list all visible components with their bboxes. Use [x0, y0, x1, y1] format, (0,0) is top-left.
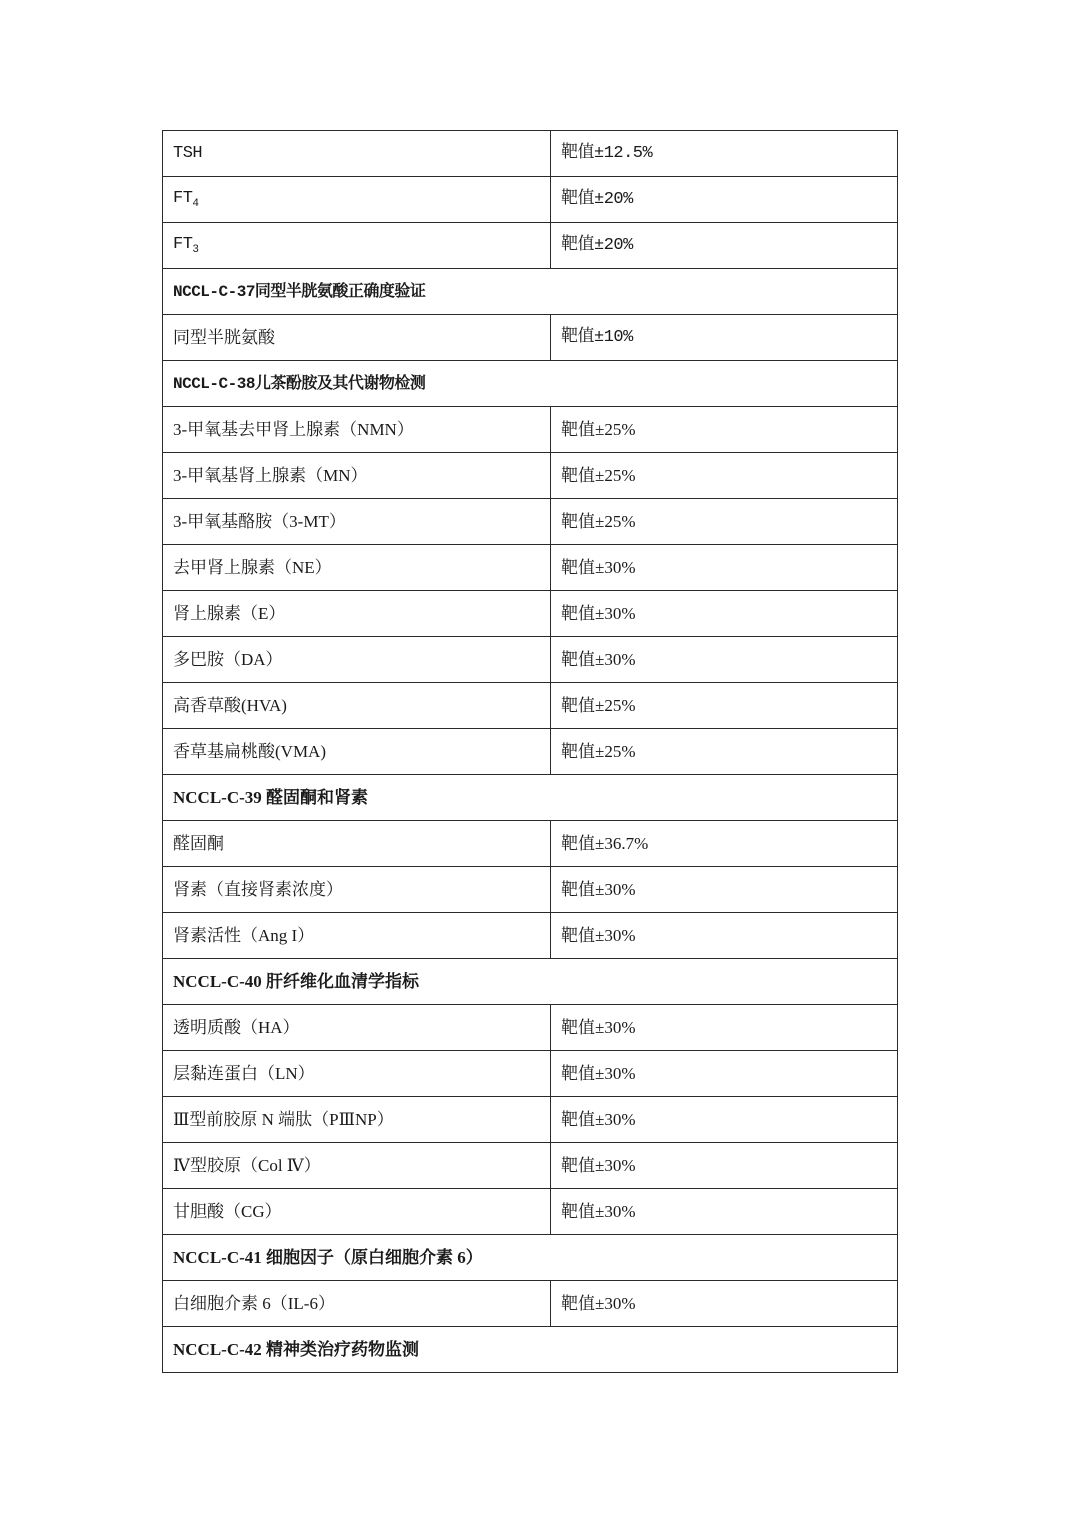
section-title: NCCL-C-41 细胞因子（原白细胞介素 6）	[163, 1235, 898, 1281]
section-header-row: NCCL-C-41 细胞因子（原白细胞介素 6）	[163, 1235, 898, 1281]
table-row: 透明质酸（HA） 靶值±30%	[163, 1005, 898, 1051]
table-row: 肾素活性（Ang I） 靶值±30%	[163, 913, 898, 959]
section-title: NCCL-C-37同型半胱氨酸正确度验证	[163, 269, 898, 315]
section-header-row: NCCL-C-39 醛固酮和肾素	[163, 775, 898, 821]
section-title: NCCL-C-42 精神类治疗药物监测	[163, 1327, 898, 1373]
analyte-name: 3-甲氧基肾上腺素（MN）	[163, 453, 551, 499]
acceptance-range: 靶值±20%	[551, 177, 898, 223]
table-row: 同型半胱氨酸 靶值±10%	[163, 315, 898, 361]
analyte-name: 香草基扁桃酸(VMA)	[163, 729, 551, 775]
acceptance-range: 靶值±30%	[551, 637, 898, 683]
acceptance-range: 靶值±12.5%	[551, 131, 898, 177]
section-header-row: NCCL-C-42 精神类治疗药物监测	[163, 1327, 898, 1373]
acceptance-range: 靶值±30%	[551, 591, 898, 637]
table-row: Ⅲ型前胶原 N 端肽（PⅢNP） 靶值±30%	[163, 1097, 898, 1143]
table-row: FT4 靶值±20%	[163, 177, 898, 223]
table-row: 肾素（直接肾素浓度） 靶值±30%	[163, 867, 898, 913]
acceptance-range: 靶值±30%	[551, 1281, 898, 1327]
analyte-name: 甘胆酸（CG）	[163, 1189, 551, 1235]
quality-criteria-table: TSH 靶值±12.5% FT4 靶值±20% FT3 靶值±20% NCCL-…	[162, 130, 898, 1373]
table-row: 3-甲氧基去甲肾上腺素（NMN） 靶值±25%	[163, 407, 898, 453]
table-row: 醛固酮 靶值±36.7%	[163, 821, 898, 867]
acceptance-range: 靶值±30%	[551, 1189, 898, 1235]
table-row: 甘胆酸（CG） 靶值±30%	[163, 1189, 898, 1235]
acceptance-range: 靶值±30%	[551, 1051, 898, 1097]
acceptance-range: 靶值±30%	[551, 1143, 898, 1189]
acceptance-range: 靶值±30%	[551, 1097, 898, 1143]
analyte-name: TSH	[163, 131, 551, 177]
table-row: 香草基扁桃酸(VMA) 靶值±25%	[163, 729, 898, 775]
subscript: 3	[192, 244, 198, 256]
table-row: 3-甲氧基酪胺（3-MT） 靶值±25%	[163, 499, 898, 545]
analyte-name: 层黏连蛋白（LN）	[163, 1051, 551, 1097]
acceptance-range: 靶值±25%	[551, 683, 898, 729]
acceptance-range: 靶值±30%	[551, 545, 898, 591]
section-title: NCCL-C-38儿茶酚胺及其代谢物检测	[163, 361, 898, 407]
analyte-name: 醛固酮	[163, 821, 551, 867]
section-title: NCCL-C-39 醛固酮和肾素	[163, 775, 898, 821]
table-row: Ⅳ型胶原（Col Ⅳ） 靶值±30%	[163, 1143, 898, 1189]
analyte-name: 肾素活性（Ang I）	[163, 913, 551, 959]
analyte-name: 同型半胱氨酸	[163, 315, 551, 361]
acceptance-range: 靶值±25%	[551, 729, 898, 775]
acceptance-range: 靶值±10%	[551, 315, 898, 361]
section-title: NCCL-C-40 肝纤维化血清学指标	[163, 959, 898, 1005]
analyte-name: 肾素（直接肾素浓度）	[163, 867, 551, 913]
analyte-name: 肾上腺素（E）	[163, 591, 551, 637]
acceptance-range: 靶值±30%	[551, 867, 898, 913]
acceptance-range: 靶值±20%	[551, 223, 898, 269]
analyte-name: 去甲肾上腺素（NE）	[163, 545, 551, 591]
table-body: TSH 靶值±12.5% FT4 靶值±20% FT3 靶值±20% NCCL-…	[163, 131, 898, 1373]
acceptance-range: 靶值±30%	[551, 1005, 898, 1051]
table-row: 去甲肾上腺素（NE） 靶值±30%	[163, 545, 898, 591]
table-row: 肾上腺素（E） 靶值±30%	[163, 591, 898, 637]
table-row: 层黏连蛋白（LN） 靶值±30%	[163, 1051, 898, 1097]
section-header-row: NCCL-C-38儿茶酚胺及其代谢物检测	[163, 361, 898, 407]
analyte-name: FT4	[163, 177, 551, 223]
table-row: 3-甲氧基肾上腺素（MN） 靶值±25%	[163, 453, 898, 499]
analyte-name: Ⅳ型胶原（Col Ⅳ）	[163, 1143, 551, 1189]
analyte-name: Ⅲ型前胶原 N 端肽（PⅢNP）	[163, 1097, 551, 1143]
table-row: TSH 靶值±12.5%	[163, 131, 898, 177]
analyte-name: 高香草酸(HVA)	[163, 683, 551, 729]
acceptance-range: 靶值±25%	[551, 407, 898, 453]
analyte-label: FT	[173, 189, 192, 208]
analyte-label: TSH	[173, 144, 202, 163]
analyte-label: FT	[173, 235, 192, 254]
table-row: 多巴胺（DA） 靶值±30%	[163, 637, 898, 683]
analyte-name: 白细胞介素 6（IL-6）	[163, 1281, 551, 1327]
analyte-name: FT3	[163, 223, 551, 269]
acceptance-range: 靶值±25%	[551, 453, 898, 499]
table-row: 白细胞介素 6（IL-6） 靶值±30%	[163, 1281, 898, 1327]
section-header-row: NCCL-C-37同型半胱氨酸正确度验证	[163, 269, 898, 315]
acceptance-range: 靶值±36.7%	[551, 821, 898, 867]
table-row: 高香草酸(HVA) 靶值±25%	[163, 683, 898, 729]
acceptance-range: 靶值±25%	[551, 499, 898, 545]
analyte-name: 透明质酸（HA）	[163, 1005, 551, 1051]
subscript: 4	[192, 198, 198, 210]
section-header-row: NCCL-C-40 肝纤维化血清学指标	[163, 959, 898, 1005]
table-row: FT3 靶值±20%	[163, 223, 898, 269]
acceptance-range: 靶值±30%	[551, 913, 898, 959]
analyte-name: 3-甲氧基去甲肾上腺素（NMN）	[163, 407, 551, 453]
analyte-name: 多巴胺（DA）	[163, 637, 551, 683]
analyte-name: 3-甲氧基酪胺（3-MT）	[163, 499, 551, 545]
